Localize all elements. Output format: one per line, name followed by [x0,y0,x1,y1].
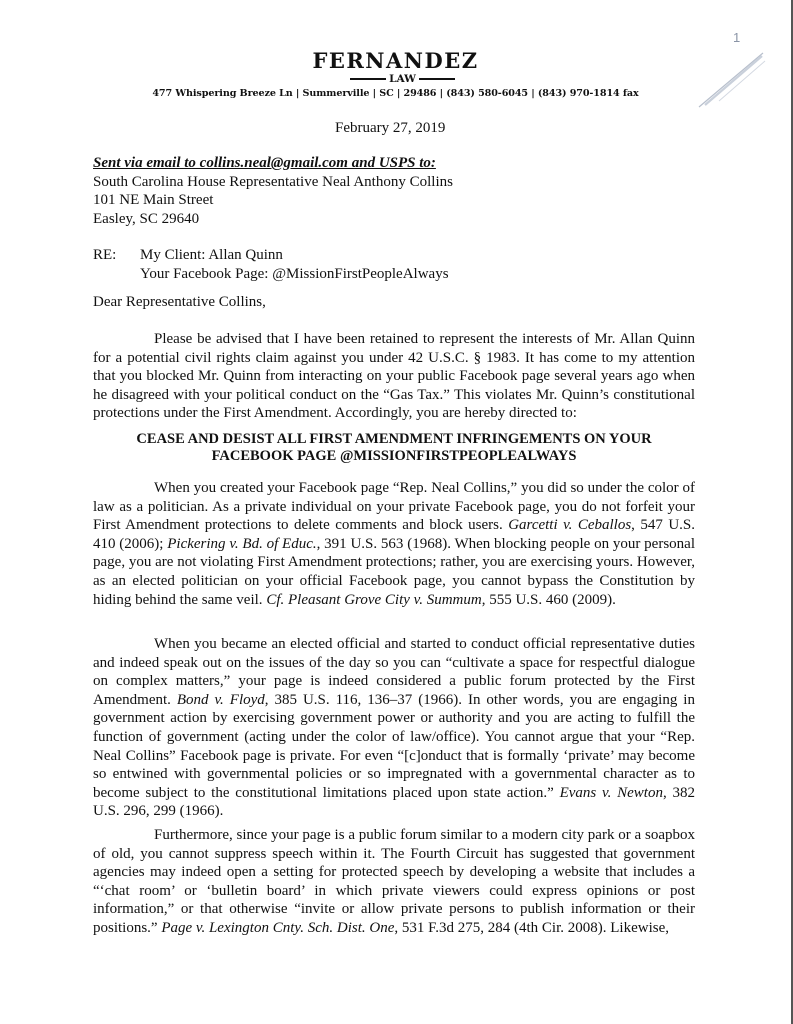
firm-subtitle-text: LAW [389,72,416,86]
paragraph-3: When you became an elected official and … [93,635,695,821]
document-page: 1 FERNANDEZ LAW 477 Whispering Breeze Ln… [0,0,793,1024]
re-label: RE: [93,246,140,283]
intro-paragraph: Please be advised that I have been retai… [93,330,695,423]
paragraph-4: Furthermore, since your page is a public… [93,826,695,938]
firm-contact-line: 477 Whispering Breeze Ln | Summerville |… [0,87,791,101]
re-client: My Client: Allan Quinn [140,246,449,265]
sent-via-line: Sent via email to collins.neal@gmail.com… [93,154,695,173]
letter-date: February 27, 2019 [335,120,445,137]
recipient-name: South Carolina House Representative Neal… [93,173,695,192]
divider [350,78,386,80]
section-heading: CEASE AND DESIST ALL FIRST AMENDMENT INF… [93,431,695,465]
case-citation: Bond v. Floyd [177,692,265,708]
letterhead: FERNANDEZ LAW 477 Whispering Breeze Ln |… [0,50,791,101]
divider [419,78,455,80]
case-citation: Garcetti v. Ceballos [508,517,631,533]
case-citation: Page v. Lexington Cnty. Sch. Dist. One [161,920,394,936]
salutation: Dear Representative Collins, [93,293,695,312]
firm-subtitle: LAW [14,72,791,86]
recipient-street: 101 NE Main Street [93,191,695,210]
firm-name: FERNANDEZ [0,50,791,72]
paragraph-2: When you created your Facebook page “Rep… [93,479,695,609]
recipient-block: Sent via email to collins.neal@gmail.com… [93,154,695,228]
recipient-city: Easley, SC 29640 [93,210,695,229]
heading-line-1: CEASE AND DESIST ALL FIRST AMENDMENT INF… [93,431,695,448]
text: , 555 U.S. 460 (2009). [482,592,616,608]
re-facebook-page: Your Facebook Page: @MissionFirstPeopleA… [140,265,449,284]
heading-line-2: FACEBOOK PAGE @MISSIONFIRSTPEOPLEALWAYS [93,448,695,465]
case-citation: Pickering v. Bd. of Educ. [167,536,316,552]
re-block: RE: My Client: Allan Quinn Your Facebook… [93,246,695,283]
case-citation: Cf. Pleasant Grove City v. Summum [266,592,481,608]
text: , 531 F.3d 275, 284 (4th Cir. 2008). Lik… [394,920,669,936]
case-citation: Evans v. Newton [560,785,663,801]
